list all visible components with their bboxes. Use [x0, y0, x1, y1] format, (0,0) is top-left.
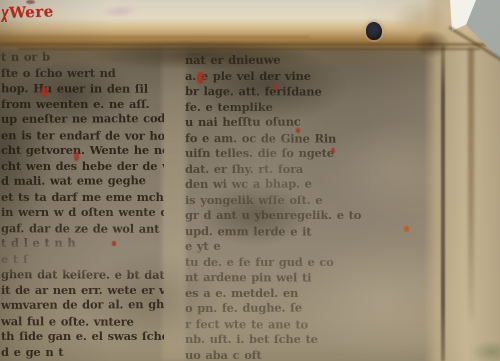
text-line: tu de. e fe fur gud e co — [185, 255, 427, 271]
text-line: es a e. metdel. en — [185, 286, 427, 302]
text-line: nt ardene pin wel ti — [185, 270, 427, 286]
text-line: gr d ant u ybenregelik. e to — [185, 208, 427, 224]
text-line: fe. e templike — [185, 100, 427, 116]
text-line: e yt e — [185, 238, 427, 255]
text-line: uo aba c oft — [185, 348, 427, 361]
rubric-mark — [404, 226, 409, 232]
text-line: it de ar nen err. wete er vor — [1, 283, 164, 299]
text-line: fo e am. oc de Gine Rin — [185, 131, 427, 147]
rubric-mark — [296, 128, 300, 133]
rubric-mark — [331, 148, 335, 153]
text-column-right: nat er dnieuwe a. e ple vel der vine br … — [185, 53, 427, 361]
rubric-mark — [274, 85, 278, 90]
cut-off-rubric-letter — [0, 9, 9, 22]
text-line: nat er dnieuwe — [185, 53, 427, 69]
text-line: nb. uft. i. bet ſche te — [185, 332, 427, 348]
vertical-crease-line — [468, 48, 474, 320]
manuscript-photo: t n or b ſte o ſcho wert nd hop. Hu euer… — [0, 0, 500, 361]
rubric-initial-mark — [197, 72, 204, 84]
text-line: d mali. wat eme geghe — [1, 173, 164, 189]
text-line: is yongelik wſſe oſt. e — [185, 193, 427, 209]
text-line: uiſn telles. die ſo ngete — [185, 146, 427, 162]
rubric-mark — [74, 152, 79, 161]
text-line: r fect wte te ane to — [185, 317, 427, 333]
rubric-mark — [41, 87, 48, 97]
text-line: d e ge n t — [1, 345, 164, 361]
vertical-crease-line — [441, 46, 445, 361]
text-line: dat. er ſhy. rt. fora — [185, 162, 427, 178]
text-line: ghen dat keiſere. e bt dat dar — [1, 267, 164, 283]
text-line: in wern w d oſten wente dat — [1, 205, 164, 221]
stain-streak — [0, 43, 500, 46]
stain-streak — [0, 36, 310, 38]
text-line: cht getvoren. Wente he nor — [1, 143, 164, 159]
text-column-left: t n or b ſte o ſcho wert nd hop. Hu euer… — [1, 50, 164, 361]
rubric-mark — [112, 241, 116, 246]
text-line: wmvaren de dor al. en ghe — [1, 297, 164, 313]
text-line: hop. Hu euer in den ſil — [1, 81, 164, 97]
purple-ink-smudge — [100, 4, 141, 20]
text-line: a. e ple vel der vine — [185, 69, 427, 85]
text-line: u nai heſſtu oſunc — [185, 114, 427, 131]
text-line: th ſide gan e. el swas ſche — [1, 329, 164, 345]
text-line: t n or b — [1, 50, 164, 65]
text-line: cht wen des hebe der de wiz — [1, 159, 164, 175]
text-line: up eneſter ne machte cod — [1, 111, 164, 127]
text-line: wal ful e oſte. vntere — [1, 314, 164, 330]
text-line: from weenten e. ne aſſ. — [1, 97, 164, 113]
worm-hole — [366, 22, 382, 40]
column-gutter — [162, 46, 186, 361]
text-line: br lage. att. feriſdane — [185, 84, 427, 100]
text-line: o pn. fe. dughe. ſe — [185, 300, 427, 317]
rubric-text: Were — [9, 2, 54, 22]
text-line: en is ter endarf de vor ho — [1, 128, 164, 144]
text-line: den wi wc a bhap. e — [185, 176, 427, 193]
text-line: ſte o ſcho wert nd — [1, 66, 164, 82]
text-line: e t ſ — [1, 252, 164, 268]
text-line: t d l e t n h — [1, 235, 164, 251]
text-line: et ts ta darf me eme mcht — [1, 190, 164, 206]
edge-speck — [26, 0, 35, 4]
